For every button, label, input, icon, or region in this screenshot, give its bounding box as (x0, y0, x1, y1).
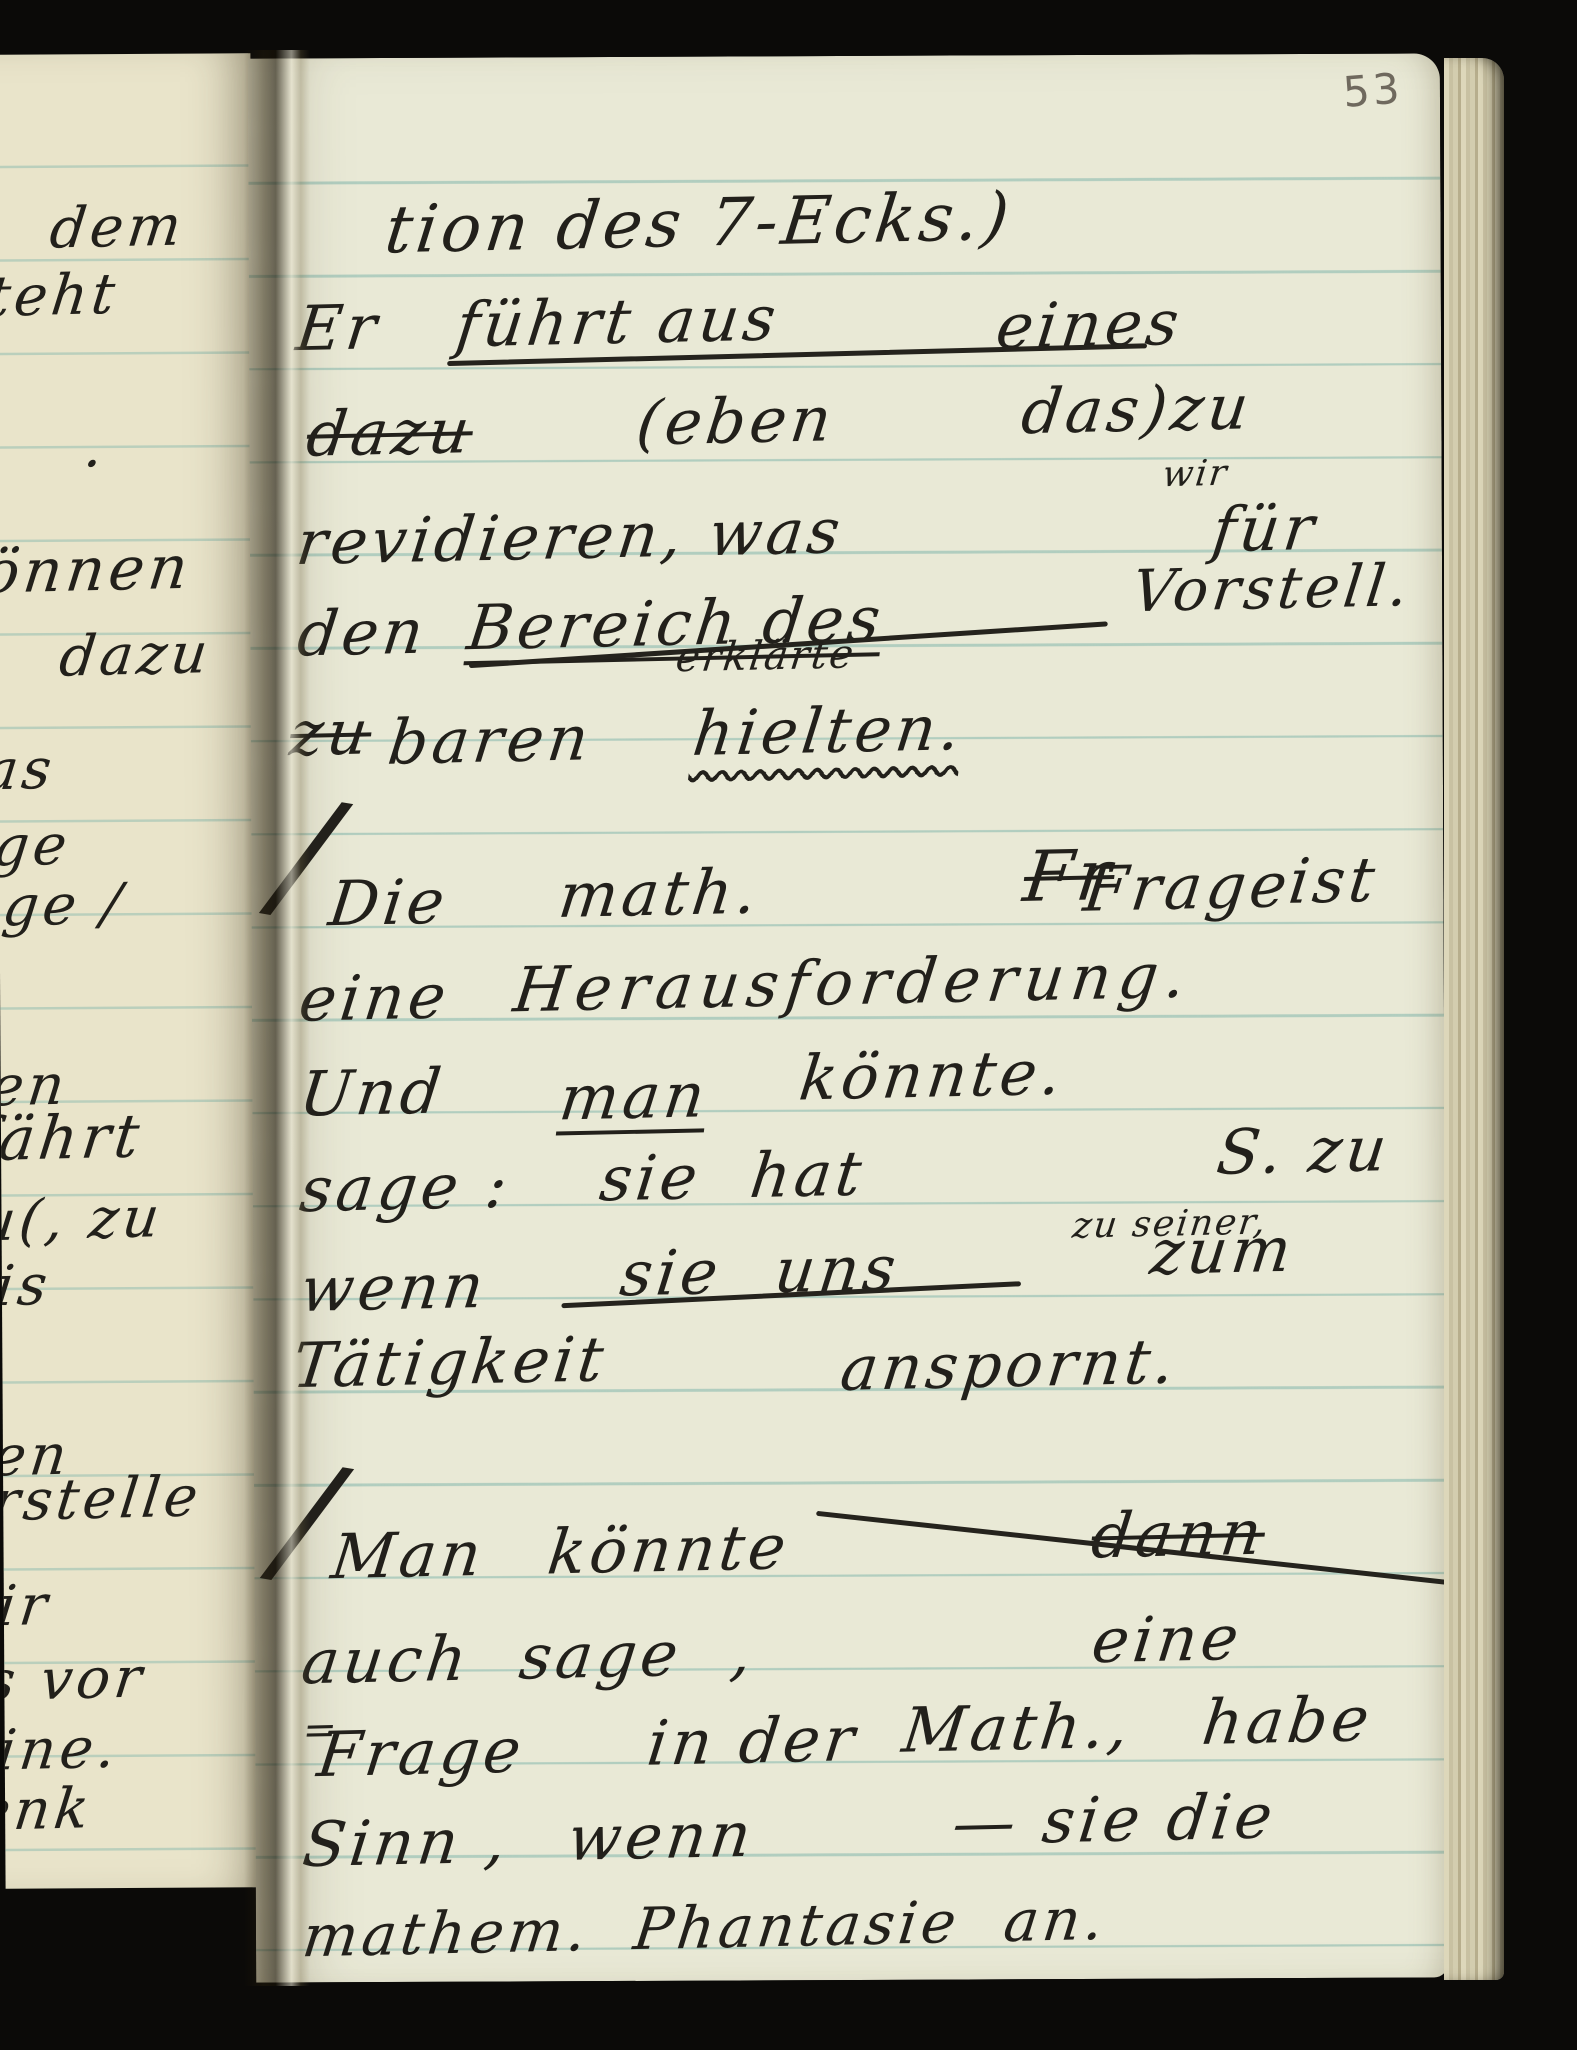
interlinear-insertion: wir (1160, 456, 1230, 493)
manuscript-line: — sie die (949, 1785, 1279, 1854)
manuscript-line: habe (1199, 1688, 1376, 1754)
left-page-text-fragment: teht (0, 267, 122, 326)
manuscript-word-deleted: zu (287, 701, 375, 765)
manuscript-line: (eben (633, 388, 838, 454)
manuscript-line: Die (326, 871, 452, 936)
right-page: 53 tion des 7-Ecks.) Er führt aus eines … (248, 53, 1448, 1982)
left-page-text-fragment: as (0, 742, 58, 800)
manuscript-line: baren (385, 707, 596, 773)
manuscript-line: Frage (1081, 854, 1295, 921)
left-page-text-fragment: age / (0, 877, 128, 937)
manuscript-line: Herausforderung. (510, 945, 1195, 1022)
manuscript-line: ist (1286, 849, 1382, 913)
left-page-text-fragment: önnen (0, 538, 195, 603)
manuscript-line: zum (1147, 1219, 1298, 1284)
manuscript-line: math. (556, 861, 764, 927)
left-page-text-fragment: enk (0, 1781, 96, 1840)
left-page-text-fragment: ge (0, 818, 74, 876)
left-page-text-fragment: eine. (0, 1721, 122, 1781)
manuscript-line: anspornt. (837, 1331, 1181, 1400)
manuscript-line: wenn (565, 1804, 758, 1870)
manuscript-line: tion des 7-Ecks.) (382, 184, 1016, 264)
manuscript-line: das)zu (1018, 376, 1255, 443)
manuscript-line: Frage (314, 1720, 528, 1787)
manuscript-line: Math., (899, 1695, 1136, 1762)
left-page-text-fragment: u(, zu (0, 1190, 166, 1250)
left-page-text-fragment: fährt (0, 1106, 146, 1170)
manuscript-line: Er (293, 296, 383, 360)
manuscript-line: wenn (297, 1255, 490, 1321)
left-page-text-fragment: dazu (57, 626, 215, 686)
manuscript-line: eine (1089, 1607, 1246, 1672)
page-edge-stack (1444, 58, 1504, 1980)
left-page-text-fragment: dem (47, 198, 188, 257)
manuscript-line: revidieren, was (294, 500, 847, 574)
manuscript-word-wavy-underline: hielten. (690, 697, 967, 765)
manuscript-line: S. zu (1214, 1118, 1394, 1184)
manuscript-line: auch sage , (299, 1621, 759, 1693)
manuscript-line: in der (644, 1708, 861, 1775)
manuscript-line: Und (296, 1060, 448, 1125)
manuscript-line: Man könnte (328, 1516, 793, 1588)
manuscript-line: könnte. (796, 1042, 1068, 1110)
manuscript-line: Tätigkeit (289, 1328, 610, 1397)
notebook-photo: dem teht . önnen dazu as ge age / en fäh… (0, 0, 1577, 2050)
manuscript-word-deleted: dazu (304, 400, 477, 466)
interlinear-insertion: erklärte (674, 634, 858, 678)
left-page-text-fragment: . (82, 420, 110, 477)
manuscript-line: sie hat (597, 1143, 869, 1211)
left-page: dem teht . önnen dazu as ge age / en fäh… (0, 53, 262, 1889)
manuscript-word-underlined: man (556, 1064, 711, 1129)
manuscript-line: eine (296, 965, 453, 1030)
manuscript-line: für (1209, 497, 1321, 561)
manuscript-line: den (294, 601, 430, 666)
left-page-text-fragment: ir (0, 1578, 54, 1635)
manuscript-word-deleted: führt aus (453, 287, 783, 356)
manuscript-line: Vorstell. (1129, 556, 1415, 620)
left-page-text-fragment: orstelle (0, 1469, 205, 1531)
manuscript-line: mathem. Phantasie an. (300, 1890, 1111, 1966)
left-page-text-fragment: s vor (0, 1651, 148, 1711)
page-number: 53 (1341, 64, 1404, 117)
manuscript-line: sage : (297, 1155, 515, 1222)
manuscript-line: Sinn , (300, 1810, 513, 1877)
left-page-text-fragment: is (0, 1258, 54, 1315)
